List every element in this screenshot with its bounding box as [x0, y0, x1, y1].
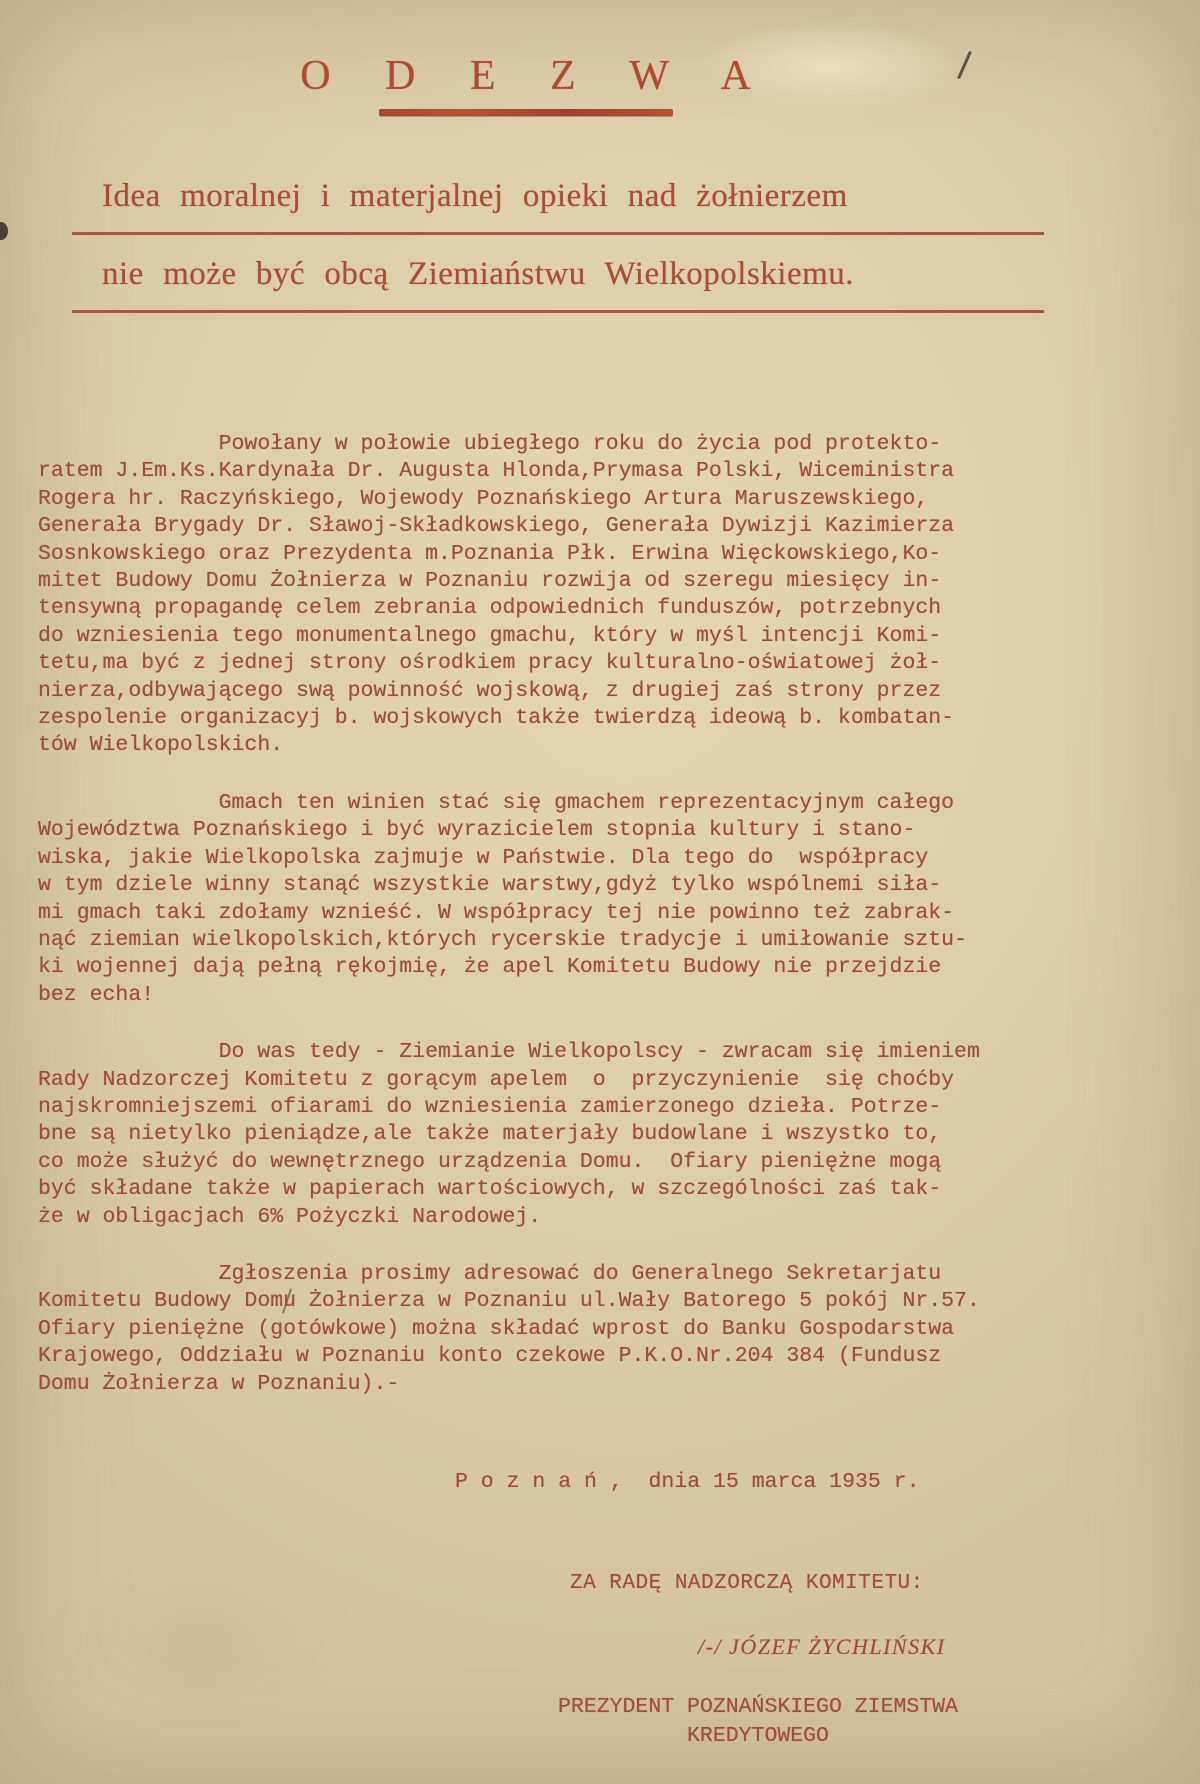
paragraph-building-purpose: Gmach ten winien stać się gmachem reprez… [38, 790, 1013, 1009]
scanned-document-page: O D E Z W A Idea moralnej i materjalnej … [0, 0, 1200, 1784]
signature-title-line-1: PREZYDENT POZNAŃSKIEGO ZIEMSTWA [543, 1693, 973, 1722]
ink-blot-icon [0, 222, 8, 240]
paragraph-appeal-for-donations: Do was tedy - Ziemianie Wielkopolscy - z… [38, 1039, 1013, 1231]
signature-name: /-/ JÓZEF ŻYCHLIŃSKI [698, 1634, 1013, 1660]
signature-title-line-2: KREDYTOWEGO [543, 1722, 973, 1751]
headline-block: Idea moralnej i materjalnej opieki nad ż… [38, 178, 1013, 313]
date-line: P o z n a ń , dnia 15 marca 1935 r. [455, 1470, 1013, 1494]
signature-block: ZA RADĘ NADZORCZĄ KOMITETU: /-/ JÓZEF ŻY… [38, 1572, 1013, 1751]
signature-title: PREZYDENT POZNAŃSKIEGO ZIEMSTWA KREDYTOW… [543, 1693, 973, 1751]
signature-intro: ZA RADĘ NADZORCZĄ KOMITETU: [570, 1572, 1013, 1595]
document-header: O D E Z W A [38, 52, 1013, 116]
title-underline [379, 109, 673, 116]
paragraph-contact-details: Zgłoszenia prosimy adresować do Generaln… [38, 1261, 1013, 1398]
body-text: Powołany w połowie ubiegłego roku do życ… [38, 431, 1013, 1398]
page-title: O D E Z W A [38, 52, 1013, 100]
headline-line-2: nie może być obcą Ziemiaństwu Wielkopols… [72, 256, 1044, 313]
paragraph-committee-founding: Powołany w połowie ubiegłego roku do życ… [38, 431, 1013, 760]
headline-line-1: Idea moralnej i materjalnej opieki nad ż… [72, 178, 1044, 235]
document-content: O D E Z W A Idea moralnej i materjalnej … [38, 0, 1013, 1751]
